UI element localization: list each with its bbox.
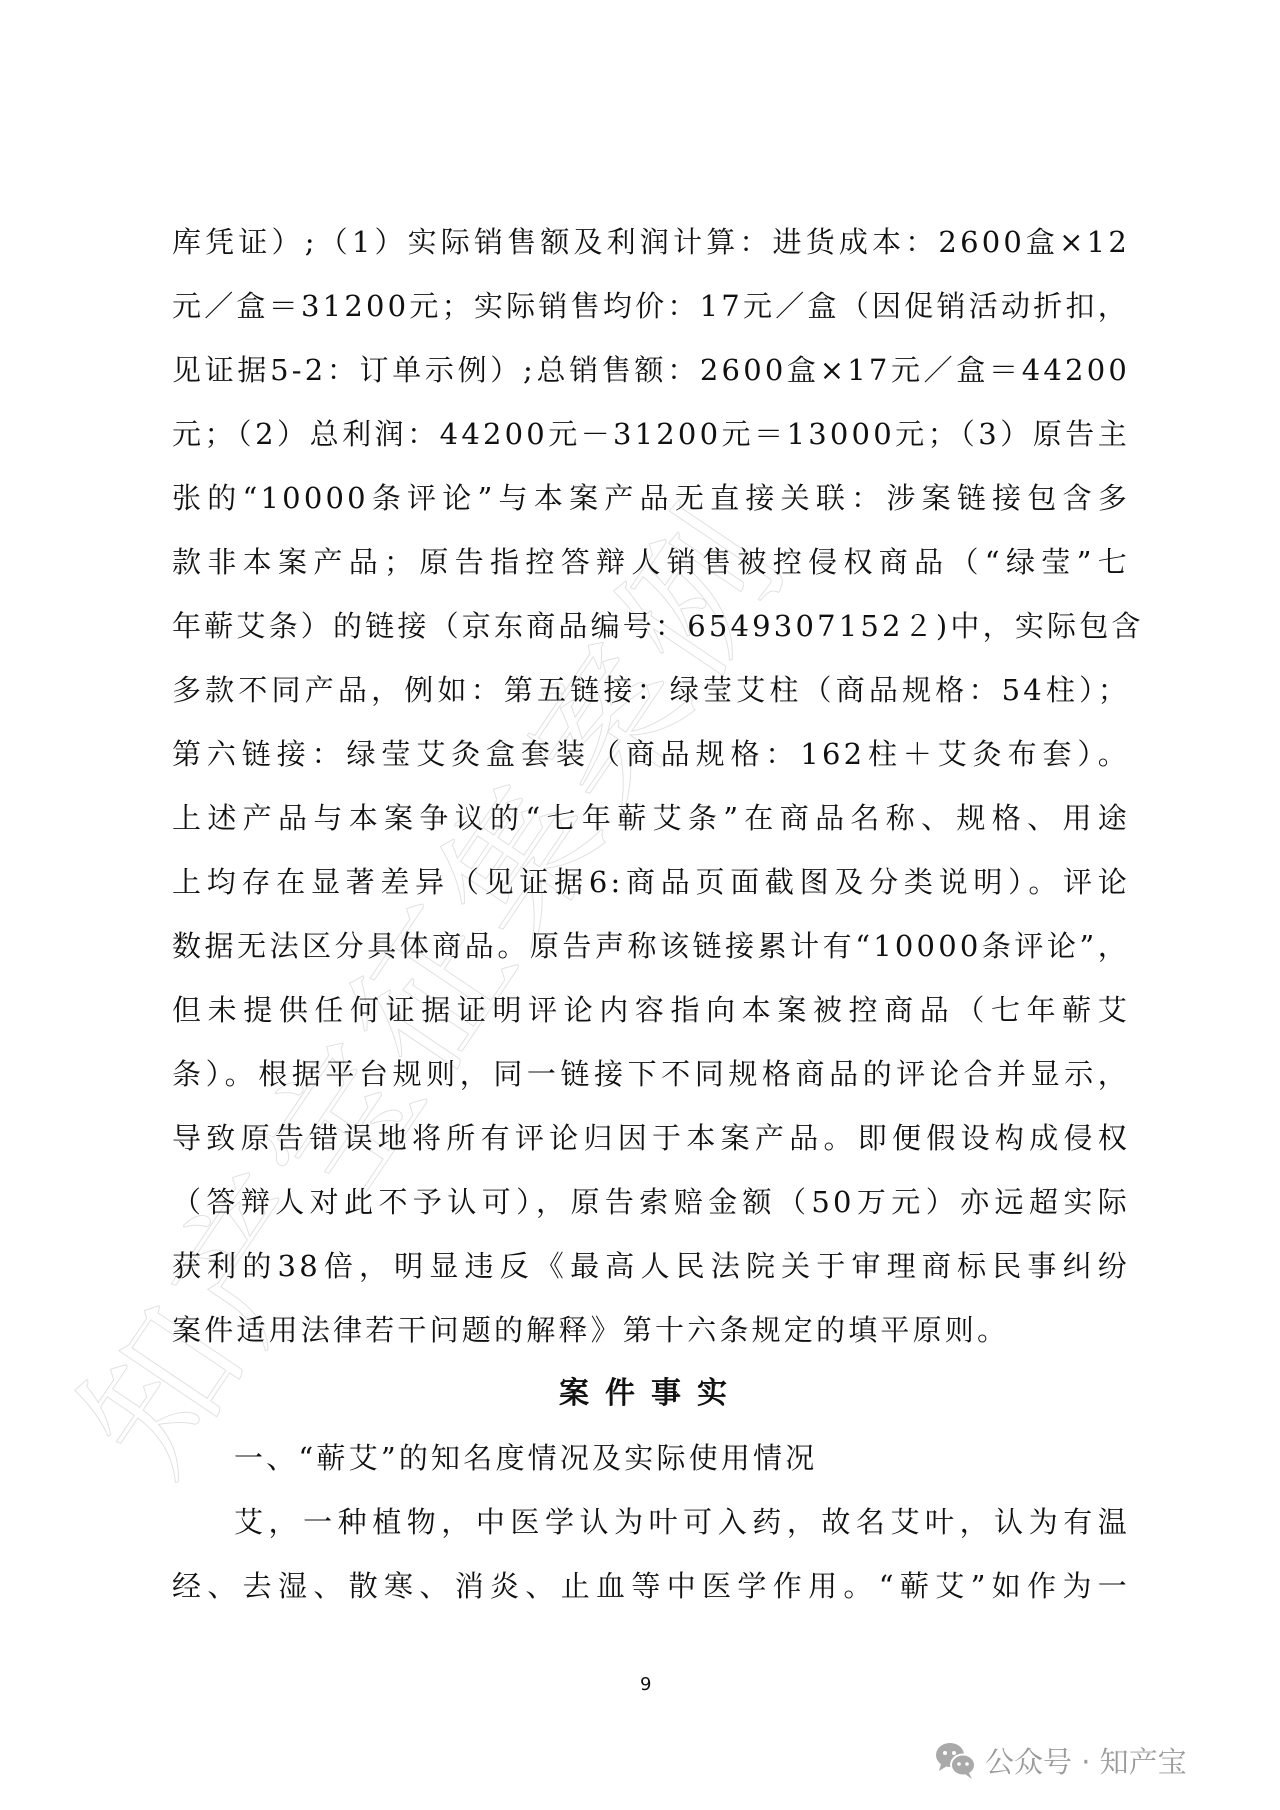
document-body: 库凭证）;（1）实际销售额及利润计算：进货成本：2600盒×12 元／盒＝312… xyxy=(172,210,1130,1618)
paragraph-line: 案件适用法律若干问题的解释》第十六条规定的填平原则。 xyxy=(172,1298,1130,1362)
paragraph-line: 第六链接：绿莹艾灸盒套装（商品规格：162柱＋艾灸布套）。 xyxy=(172,722,1130,786)
subheading: 一、“蕲艾”的知名度情况及实际使用情况 xyxy=(172,1426,1130,1490)
paragraph-line: 款非本案产品；原告指控答辩人销售被控侵权商品（“绿莹”七 xyxy=(172,530,1130,594)
wechat-account-label: 公众号 · 知产宝 xyxy=(985,1740,1187,1781)
page-number: 9 xyxy=(640,1674,651,1695)
document-page: 知产宝征集案例 库凭证）;（1）实际销售额及利润计算：进货成本：2600盒×12… xyxy=(0,0,1280,1810)
paragraph-line: 张的“10000条评论”与本案产品无直接关联：涉案链接包含多 xyxy=(172,466,1130,530)
paragraph-line: 获利的38倍，明显违反《最高人民法院关于审理商标民事纠纷 xyxy=(172,1234,1130,1298)
paragraph-line: 多款不同产品，例如：第五链接：绿莹艾柱（商品规格：54柱）； xyxy=(172,658,1130,722)
paragraph-line: 年蕲艾条）的链接（京东商品编号：6549307152２)中，实际包含 xyxy=(172,594,1130,658)
paragraph-line: 上述产品与本案争议的“七年蕲艾条”在商品名称、规格、用途 xyxy=(172,786,1130,850)
paragraph-line: 元；（2）总利润：44200元－31200元＝13000元；（3）原告主 xyxy=(172,402,1130,466)
section-heading: 案件事实 xyxy=(172,1362,1130,1426)
paragraph-line: 元／盒＝31200元；实际销售均价：17元／盒（因促销活动折扣， xyxy=(172,274,1130,338)
paragraph-line: （答辩人对此不予认可），原告索赔金额（50万元）亦远超实际 xyxy=(172,1170,1130,1234)
paragraph-line: 条）。根据平台规则，同一链接下不同规格商品的评论合并显示， xyxy=(172,1042,1130,1106)
paragraph-line: 导致原告错误地将所有评论归因于本案产品。即便假设构成侵权 xyxy=(172,1106,1130,1170)
paragraph-line: 数据无法区分具体商品。原告声称该链接累计有“10000条评论”， xyxy=(172,914,1130,978)
wechat-account-footer: 公众号 · 知产宝 xyxy=(935,1735,1187,1785)
body-line: 艾，一种植物，中医学认为叶可入药，故名艾叶，认为有温 xyxy=(172,1490,1130,1554)
wechat-icon xyxy=(935,1740,977,1780)
paragraph-line: 但未提供任何证据证明评论内容指向本案被控商品（七年蕲艾 xyxy=(172,978,1130,1042)
paragraph-line: 见证据5-2：订单示例）;总销售额：2600盒×17元／盒＝44200 xyxy=(172,338,1130,402)
paragraph-line: 上均存在显著差异（见证据6:商品页面截图及分类说明）。评论 xyxy=(172,850,1130,914)
body-line: 经、去湿、散寒、消炎、止血等中医学作用。“蕲艾”如作为一 xyxy=(172,1554,1130,1618)
paragraph-line: 库凭证）;（1）实际销售额及利润计算：进货成本：2600盒×12 xyxy=(172,210,1130,274)
